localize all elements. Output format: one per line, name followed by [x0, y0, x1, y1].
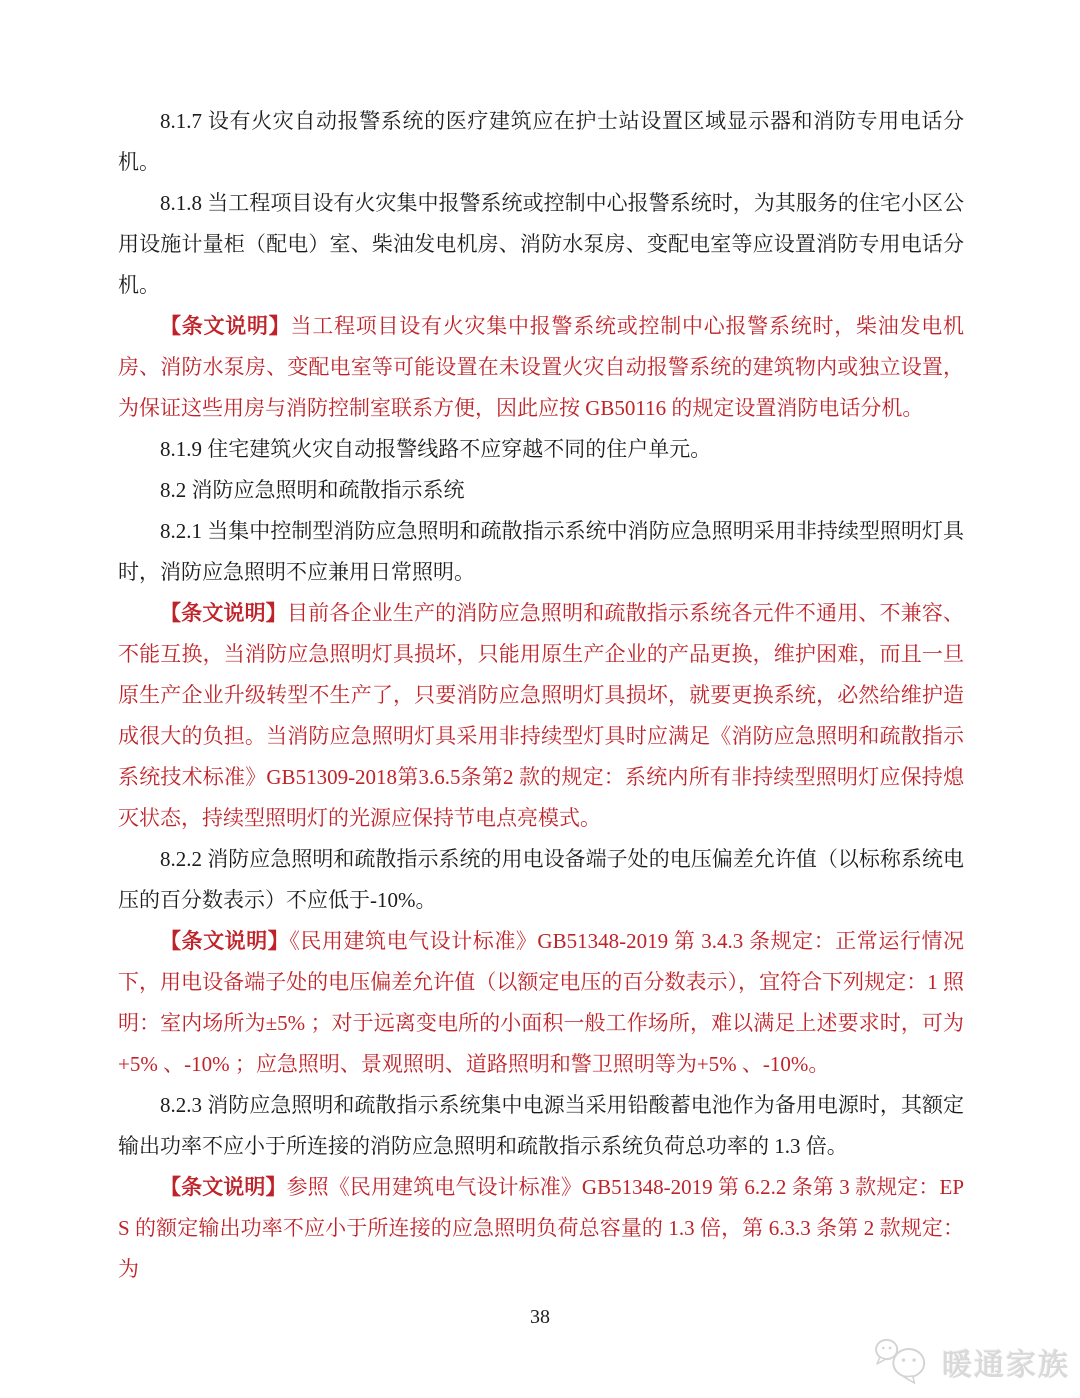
body-paragraph: 8.1.7 设有火灾自动报警系统的医疗建筑应在护士站设置区域显示器和消防专用电话… — [118, 101, 964, 183]
watermark: 暖通家族 — [872, 1336, 1070, 1388]
body-paragraph: 8.1.8 当工程项目设有火灾集中报警系统或控制中心报警系统时，为其服务的住宅小… — [118, 183, 964, 306]
page-number: 38 — [0, 1306, 1080, 1329]
note-label: 【条文说明】 — [160, 601, 287, 625]
note-paragraph: 【条文说明】当工程项目设有火灾集中报警系统或控制中心报警系统时，柴油发电机房、消… — [118, 306, 964, 429]
body-paragraph: 8.2.1 当集中控制型消防应急照明和疏散指示系统中消防应急照明采用非持续型照明… — [118, 511, 964, 593]
note-paragraph: 【条文说明】《民用建筑电气设计标准》GB51348-2019 第 3.4.3 条… — [118, 921, 964, 1085]
note-paragraph: 【条文说明】参照《民用建筑电气设计标准》GB51348-2019 第 6.2.2… — [118, 1167, 964, 1290]
document-content: 8.1.7 设有火灾自动报警系统的医疗建筑应在护士站设置区域显示器和消防专用电话… — [118, 101, 964, 1290]
note-label: 【条文说明】 — [160, 1175, 287, 1199]
body-paragraph: 8.2.3 消防应急照明和疏散指示系统集中电源当采用铅酸蓄电池作为备用电源时，其… — [118, 1085, 964, 1167]
body-paragraph: 8.2.2 消防应急照明和疏散指示系统的用电设备端子处的电压偏差允许值（以标称系… — [118, 839, 964, 921]
note-paragraph: 【条文说明】目前各企业生产的消防应急照明和疏散指示系统各元件不通用、不兼容、不能… — [118, 593, 964, 839]
watermark-brand: 暖通家族 — [942, 1340, 1070, 1384]
wechat-icon — [872, 1336, 934, 1388]
note-label: 【条文说明】 — [160, 929, 289, 953]
note-label: 【条文说明】 — [160, 314, 291, 338]
body-paragraph: 8.1.9 住宅建筑火灾自动报警线路不应穿越不同的住户单元。 — [118, 429, 964, 470]
body-paragraph: 8.2 消防应急照明和疏散指示系统 — [118, 470, 964, 511]
